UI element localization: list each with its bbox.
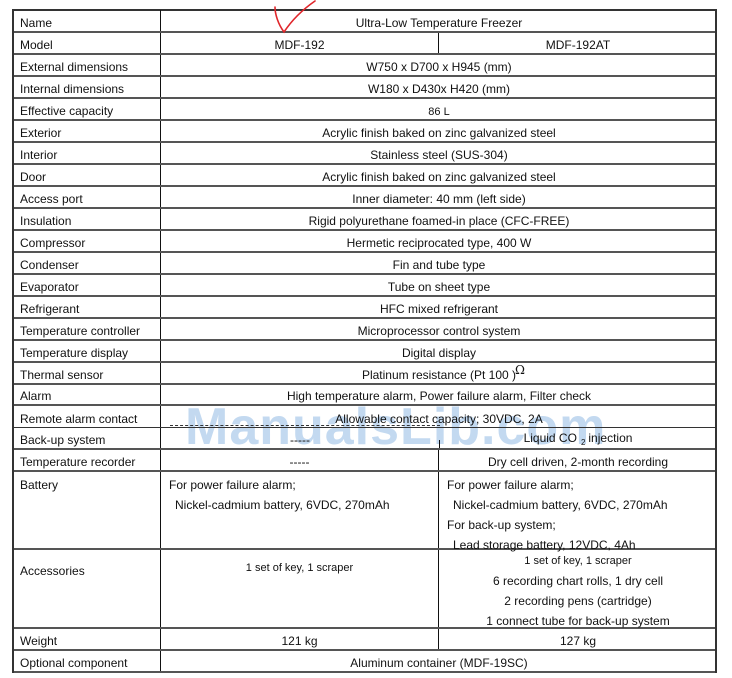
- row-label: Evaporator: [12, 275, 161, 295]
- row-label: Exterior: [12, 121, 161, 141]
- table-row-alarm: Alarm High temperature alarm, Power fail…: [12, 385, 717, 406]
- table-row-backup-system: Back-up system ----- Liquid CO2injection: [12, 428, 717, 450]
- temperature-recorder-mdf-192: -----: [161, 450, 439, 470]
- row-value: W750 x D700 x H945 (mm): [161, 55, 717, 75]
- table-row-internal-dimensions: Internal dimensions W180 x D430x H420 (m…: [12, 77, 717, 99]
- table-row-effective-capacity: Effective capacity 86 L: [12, 99, 717, 121]
- temperature-recorder-mdf-192at: Dry cell driven, 2-month recording: [439, 450, 717, 470]
- ohm-symbol: Ω: [515, 363, 525, 377]
- row-label: Door: [12, 165, 161, 185]
- table-row-model: Model MDF-192 MDF-192AT: [12, 33, 717, 55]
- table-row-thermal-sensor: Thermal sensor Platinum resistance (Pt 1…: [12, 363, 717, 385]
- row-value: Digital display: [161, 341, 717, 361]
- row-value: Allowable contact capacity; 30VDC, 2A: [161, 406, 717, 427]
- accessories-mdf-192: 1 set of key, 1 scraper: [161, 550, 439, 627]
- dashed-underline: [170, 425, 440, 426]
- row-label: Condenser: [12, 253, 161, 273]
- battery-mdf-192: For power failure alarm; Nickel-cadmium …: [161, 472, 439, 548]
- row-value: Microprocessor control system: [161, 319, 717, 339]
- row-label: Weight: [12, 629, 161, 649]
- table-row-name: Name Ultra-Low Temperature Freezer: [12, 10, 717, 33]
- row-label: Compressor: [12, 231, 161, 251]
- table-row-access-port: Access port Inner diameter: 40 mm (left …: [12, 187, 717, 209]
- row-value: Aluminum container (MDF-19SC): [161, 651, 717, 671]
- table-row-compressor: Compressor Hermetic reciprocated type, 4…: [12, 231, 717, 253]
- row-label: Internal dimensions: [12, 77, 161, 97]
- row-value: Ultra-Low Temperature Freezer: [161, 10, 717, 31]
- model-mdf-192: MDF-192: [161, 33, 439, 53]
- weight-mdf-192: 121 kg: [161, 629, 439, 649]
- row-label: Temperature recorder: [12, 450, 161, 470]
- row-value: Acrylic finish baked on zinc galvanized …: [161, 165, 717, 185]
- backup-system-mdf-192at: Liquid CO2injection: [439, 428, 717, 448]
- accessories-mdf-192at: 1 set of key, 1 scraper 6 recording char…: [439, 550, 717, 627]
- backup-system-mdf-192: -----: [161, 428, 439, 448]
- row-label: Effective capacity: [12, 99, 161, 119]
- table-row-weight: Weight 121 kg 127 kg: [12, 629, 717, 651]
- table-row-temperature-controller: Temperature controller Microprocessor co…: [12, 319, 717, 341]
- row-value: Rigid polyurethane foamed-in place (CFC-…: [161, 209, 717, 229]
- row-label: Back-up system: [12, 428, 161, 448]
- row-value: W180 x D430x H420 (mm): [161, 77, 717, 97]
- row-value: Inner diameter: 40 mm (left side): [161, 187, 717, 207]
- table-row-temperature-recorder: Temperature recorder ----- Dry cell driv…: [12, 450, 717, 472]
- row-label: Insulation: [12, 209, 161, 229]
- row-label: Model: [12, 33, 161, 53]
- row-label: Alarm: [12, 385, 161, 404]
- row-label: Access port: [12, 187, 161, 207]
- row-label: Thermal sensor: [12, 363, 161, 383]
- row-label: Temperature controller: [12, 319, 161, 339]
- table-row-evaporator: Evaporator Tube on sheet type: [12, 275, 717, 297]
- row-value: Fin and tube type: [161, 253, 717, 273]
- row-label: External dimensions: [12, 55, 161, 75]
- row-value: Stainless steel (SUS-304): [161, 143, 717, 163]
- model-mdf-192at: MDF-192AT: [439, 33, 717, 53]
- row-label: Refrigerant: [12, 297, 161, 317]
- row-label: Interior: [12, 143, 161, 163]
- table-row-temperature-display: Temperature display Digital display: [12, 341, 717, 363]
- row-value: High temperature alarm, Power failure al…: [161, 385, 717, 404]
- row-label: Name: [12, 10, 161, 31]
- table-row-door: Door Acrylic finish baked on zinc galvan…: [12, 165, 717, 187]
- battery-mdf-192at: For power failure alarm; Nickel-cadmium …: [439, 472, 717, 548]
- row-value: HFC mixed refrigerant: [161, 297, 717, 317]
- table-row-optional-component: Optional component Aluminum container (M…: [12, 651, 717, 673]
- table-row-accessories: Accessories 1 set of key, 1 scraper 1 se…: [12, 550, 717, 629]
- table-row-refrigerant: Refrigerant HFC mixed refrigerant: [12, 297, 717, 319]
- weight-mdf-192at: 127 kg: [439, 629, 717, 649]
- table-row-condenser: Condenser Fin and tube type: [12, 253, 717, 275]
- row-value: Tube on sheet type: [161, 275, 717, 295]
- row-value: Hermetic reciprocated type, 400 W: [161, 231, 717, 251]
- row-label: Battery: [12, 472, 161, 548]
- row-label: Accessories: [12, 550, 161, 627]
- table-row-battery: Battery For power failure alarm; Nickel-…: [12, 472, 717, 550]
- row-value: Acrylic finish baked on zinc galvanized …: [161, 121, 717, 141]
- row-label: Remote alarm contact: [12, 406, 161, 427]
- table-row-external-dimensions: External dimensions W750 x D700 x H945 (…: [12, 55, 717, 77]
- row-label: Temperature display: [12, 341, 161, 361]
- row-value: 86 L: [161, 99, 717, 119]
- row-label: Optional component: [12, 651, 161, 671]
- table-row-interior: Interior Stainless steel (SUS-304): [12, 143, 717, 165]
- table-row-insulation: Insulation Rigid polyurethane foamed-in …: [12, 209, 717, 231]
- row-value: Platinum resistance (Pt 100 ) Ω: [161, 363, 717, 383]
- table-row-exterior: Exterior Acrylic finish baked on zinc ga…: [12, 121, 717, 143]
